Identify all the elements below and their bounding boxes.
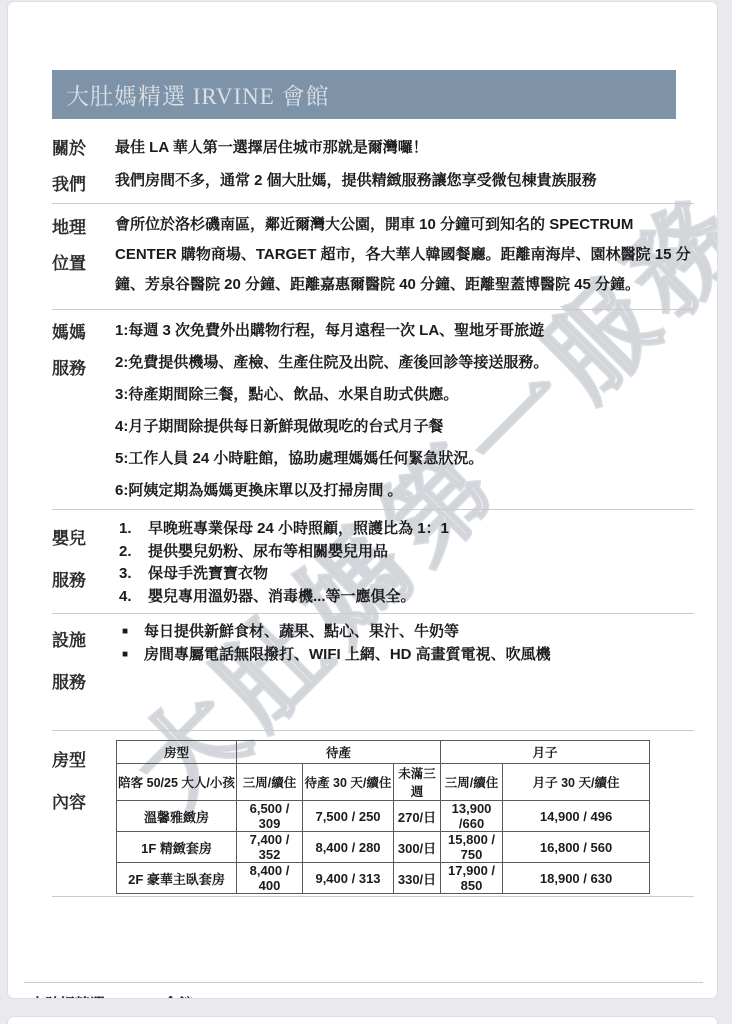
baby-service-item: 3. 保母手洗寶寶衣物 bbox=[115, 563, 694, 586]
baby-service-item: 1. 早晚班專業保母 24 小時照顧，照護比為 1：1 bbox=[115, 518, 694, 541]
price-cell: 13,900 /660 bbox=[441, 801, 503, 832]
price-cell: 7,500 / 250 bbox=[303, 801, 394, 832]
blank-space bbox=[8, 897, 717, 982]
column-header: 月子 30 天/續住 bbox=[503, 764, 650, 801]
next-page-edge bbox=[8, 1017, 717, 1024]
section-location-label: 地理 位置 bbox=[52, 210, 115, 300]
baby-service-item: 4. 嬰兒專用溫奶器、消毒機...等一應俱全。 bbox=[115, 586, 694, 609]
baby-service-text: 早晚班專業保母 24 小時照顧，照護比為 1：1 bbox=[148, 518, 449, 541]
price-cell: 6,500 / 309 bbox=[237, 801, 303, 832]
facility-text: 每日提供新鮮食材、蔬果、點心、果汁、牛奶等 bbox=[144, 620, 459, 643]
mom-service-item: 3:待產期間除三餐，點心、飲品、水果自助式供應。 bbox=[115, 379, 694, 411]
section-about: 關於 我們 最佳 LA 華人第一選擇居住城市那就是爾灣囉！ 我們房間不多，通常 … bbox=[52, 119, 694, 204]
group-header-postpartum: 月子 bbox=[441, 741, 650, 764]
section-rooms-body: 房型 待產 月子 陪客 50/25 大人/小孩 三周/續住 待產 30 天/續住… bbox=[115, 740, 694, 894]
price-cell: 330/日 bbox=[394, 863, 441, 894]
section-location: 地理 位置 會所位於洛杉磯南區，鄰近爾灣大公園，開車 10 分鐘可到知名的 SP… bbox=[52, 204, 694, 310]
footer-text: 大肚媽精選 IRVINE 會館 bbox=[30, 996, 193, 998]
mom-service-item: 4:月子期間除提供每日新鮮現做現吃的台式月子餐 bbox=[115, 411, 694, 443]
page-content: 關於 我們 最佳 LA 華人第一選擇居住城市那就是爾灣囉！ 我們房間不多，通常 … bbox=[52, 119, 694, 897]
price-cell: 9,400 / 313 bbox=[303, 863, 394, 894]
section-rooms-label: 房型 內容 bbox=[52, 740, 115, 894]
section-location-body: 會所位於洛杉磯南區，鄰近爾灣大公園，開車 10 分鐘可到知名的 SPECTRUM… bbox=[115, 210, 694, 300]
title-banner: 大肚媽精選 IRVINE 會館 bbox=[52, 70, 676, 119]
about-line: 我們房間不多，通常 2 個大肚媽，提供精緻服務讓您享受微包棟貴族服務 bbox=[115, 164, 694, 197]
column-header: 陪客 50/25 大人/小孩 bbox=[117, 764, 237, 801]
price-cell: 14,900 / 496 bbox=[503, 801, 650, 832]
room-name-cell: 2F 豪華主臥套房 bbox=[117, 863, 237, 894]
group-header-room: 房型 bbox=[117, 741, 237, 764]
facility-item: ■ 每日提供新鮮食材、蔬果、點心、果汁、牛奶等 bbox=[115, 620, 694, 643]
room-name-cell: 1F 精緻套房 bbox=[117, 832, 237, 863]
price-cell: 8,400 / 280 bbox=[303, 832, 394, 863]
section-baby-services: 嬰兒 服務 1. 早晚班專業保母 24 小時照顧，照護比為 1：1 2. 提供嬰… bbox=[52, 510, 694, 614]
baby-service-text: 嬰兒專用溫奶器、消毒機...等一應俱全。 bbox=[148, 586, 416, 609]
mom-service-item: 6:阿姨定期為媽媽更換床單以及打掃房間 。 bbox=[115, 475, 694, 507]
mom-service-item: 1:每週 3 次免費外出購物行程，每月遠程一次 LA、聖地牙哥旅遊 bbox=[115, 315, 694, 347]
table-row: 溫馨雅緻房 6,500 / 309 7,500 / 250 270/日 13,9… bbox=[117, 801, 650, 832]
section-baby-body: 1. 早晚班專業保母 24 小時照顧，照護比為 1：1 2. 提供嬰兒奶粉、尿布… bbox=[115, 518, 694, 608]
section-about-label: 關於 我們 bbox=[52, 131, 115, 203]
list-number: 2. bbox=[115, 541, 148, 564]
location-paragraph: 會所位於洛杉磯南區，鄰近爾灣大公園，開車 10 分鐘可到知名的 SPECTRUM… bbox=[115, 210, 694, 300]
mom-service-item: 2:免費提供機場、產檢、生產住院及出院、產後回診等接送服務。 bbox=[115, 347, 694, 379]
section-mom-body: 1:每週 3 次免費外出購物行程，每月遠程一次 LA、聖地牙哥旅遊 2:免費提供… bbox=[115, 315, 694, 507]
room-name-cell: 溫馨雅緻房 bbox=[117, 801, 237, 832]
section-mom-label: 媽媽 服務 bbox=[52, 315, 115, 507]
price-cell: 7,400 / 352 bbox=[237, 832, 303, 863]
price-cell: 17,900 / 850 bbox=[441, 863, 503, 894]
column-header: 待產 30 天/續住 bbox=[303, 764, 394, 801]
facility-text: 房間專屬電話無限撥打、WIFI 上網、HD 高畫質電視、吹風機 bbox=[144, 643, 551, 666]
price-cell: 270/日 bbox=[394, 801, 441, 832]
price-cell: 18,900 / 630 bbox=[503, 863, 650, 894]
column-header: 三周/續住 bbox=[441, 764, 503, 801]
mom-service-item: 5:工作人員 24 小時駐館，協助處理媽媽任何緊急狀況。 bbox=[115, 443, 694, 475]
section-facility-services: 設施 服務 ■ 每日提供新鮮食材、蔬果、點心、果汁、牛奶等 ■ 房間專屬電話無限… bbox=[52, 614, 694, 731]
column-header: 三周/續住 bbox=[237, 764, 303, 801]
about-line: 最佳 LA 華人第一選擇居住城市那就是爾灣囉！ bbox=[115, 131, 694, 164]
price-cell: 15,800 / 750 bbox=[441, 832, 503, 863]
table-row: 2F 豪華主臥套房 8,400 / 400 9,400 / 313 330/日 … bbox=[117, 863, 650, 894]
table-column-header-row: 陪客 50/25 大人/小孩 三周/續住 待產 30 天/續住 未滿三週 三周/… bbox=[117, 764, 650, 801]
baby-service-item: 2. 提供嬰兒奶粉、尿布等相關嬰兒用品 bbox=[115, 541, 694, 564]
price-cell: 16,800 / 560 bbox=[503, 832, 650, 863]
page-title: 大肚媽精選 IRVINE 會館 bbox=[66, 78, 330, 111]
price-cell: 300/日 bbox=[394, 832, 441, 863]
section-baby-label: 嬰兒 服務 bbox=[52, 518, 115, 608]
square-bullet-icon: ■ bbox=[115, 643, 144, 666]
list-number: 1. bbox=[115, 518, 148, 541]
price-cell: 8,400 / 400 bbox=[237, 863, 303, 894]
baby-service-text: 保母手洗寶寶衣物 bbox=[148, 563, 268, 586]
page-footer: 大肚媽精選 IRVINE 會館 bbox=[24, 982, 703, 998]
section-facility-body: ■ 每日提供新鮮食材、蔬果、點心、果汁、牛奶等 ■ 房間專屬電話無限撥打、WIF… bbox=[115, 620, 694, 704]
section-room-types: 房型 內容 房型 待產 月子 陪客 50/25 大人/小孩 bbox=[52, 731, 694, 897]
list-number: 4. bbox=[115, 586, 148, 609]
room-price-table: 房型 待產 月子 陪客 50/25 大人/小孩 三周/續住 待產 30 天/續住… bbox=[116, 740, 650, 894]
table-group-header-row: 房型 待產 月子 bbox=[117, 741, 650, 764]
square-bullet-icon: ■ bbox=[115, 620, 144, 643]
section-mom-services: 媽媽 服務 1:每週 3 次免費外出購物行程，每月遠程一次 LA、聖地牙哥旅遊 … bbox=[52, 310, 694, 510]
table-row: 1F 精緻套房 7,400 / 352 8,400 / 280 300/日 15… bbox=[117, 832, 650, 863]
facility-item: ■ 房間專屬電話無限撥打、WIFI 上網、HD 高畫質電視、吹風機 bbox=[115, 643, 694, 666]
column-header: 未滿三週 bbox=[394, 764, 441, 801]
document-page: 大肚媽第一服務 大肚媽精選 IRVINE 會館 關於 我們 最佳 LA 華人第一… bbox=[8, 2, 717, 998]
list-number: 3. bbox=[115, 563, 148, 586]
baby-service-text: 提供嬰兒奶粉、尿布等相關嬰兒用品 bbox=[148, 541, 388, 564]
group-header-prenatal: 待產 bbox=[237, 741, 441, 764]
section-facility-label: 設施 服務 bbox=[52, 620, 115, 704]
section-about-body: 最佳 LA 華人第一選擇居住城市那就是爾灣囉！ 我們房間不多，通常 2 個大肚媽… bbox=[115, 131, 694, 203]
